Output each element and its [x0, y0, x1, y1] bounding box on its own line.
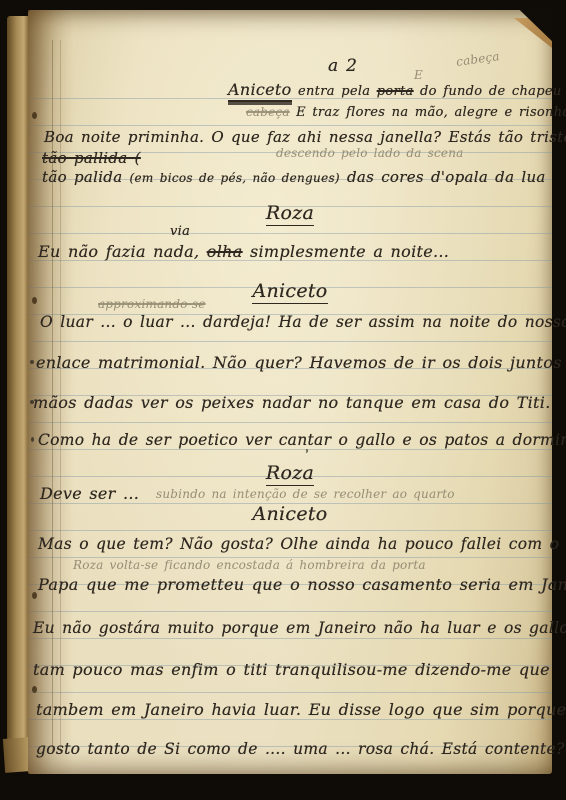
speech-line: gosto tanto de Si como de .... uma ... r…	[36, 740, 565, 758]
character-heading: Roza	[266, 202, 314, 226]
speech-line: Eu não fazia nada, olha simplesmente a n…	[38, 242, 449, 261]
speech-line: tambem em Janeiro havia luar. Eu disse l…	[36, 700, 566, 719]
speech-text: das cores d'opala da lua	[347, 168, 546, 186]
manuscript-page: a 2 Aniceto entra pela porta do fundo de…	[28, 10, 552, 774]
pencil-stage-note: subindo na intenção de se recolher ao qu…	[156, 487, 455, 501]
speech-line: Boa noite priminha. O que faz ahi nessa …	[44, 128, 566, 146]
speech-text: tão palida	[42, 168, 122, 186]
parenthetical-note: (em bicos de pés, não dengues)	[130, 171, 340, 185]
character-name-aniceto: Aniceto	[228, 80, 292, 100]
speech-line: tam pouco mas enfim o titi tranquilisou-…	[33, 660, 550, 679]
speech-line: Mas o que tem? Não gosta? Olhe ainda ha …	[38, 535, 566, 553]
margin-ink-mark	[30, 400, 34, 404]
pencil-insert-e: E	[414, 68, 423, 82]
inserted-word-via: via	[170, 224, 190, 239]
speech-line: Eu não gostára muito porque em Janeiro n…	[33, 619, 566, 637]
photograph-of-manuscript: a 2 Aniceto entra pela porta do fundo de…	[0, 0, 566, 800]
margin-ink-mark	[30, 360, 34, 364]
pencil-note-cabeca: cabeça	[455, 49, 500, 69]
ink-tick-mark: ʼ	[304, 448, 313, 464]
heading-aniceto-2: Aniceto	[28, 503, 552, 525]
pencil-word-cabeca: cabeça	[246, 105, 290, 119]
heading-roza-2: Roza	[28, 462, 552, 484]
pencil-stage-note: descendo pelo lado da scena	[276, 146, 464, 160]
stage-direction-text: entra pela	[298, 84, 370, 99]
handwritten-content: a 2 Aniceto entra pela porta do fundo de…	[28, 10, 552, 774]
speech-line: mãos dadas ver os peixes nadar no tanque…	[33, 393, 551, 412]
character-heading: Aniceto	[252, 280, 327, 304]
stage-direction-line1: Aniceto entra pela porta do fundo de cha…	[228, 80, 566, 99]
speech-text: Eu não fazia nada,	[38, 242, 199, 261]
pencil-stage-direction: Roza volta-se ficando encostada á hombre…	[73, 558, 426, 572]
stage-direction-text: E traz flores na mão, alegre e risonho.	[296, 105, 566, 120]
character-heading: Roza	[266, 462, 314, 486]
adjacent-page-edge	[7, 16, 28, 762]
speech-line: Como ha de ser poetico ver cantar o gall…	[38, 431, 566, 449]
speech-line: O luar ... o luar ... dardeja! Ha de ser…	[40, 313, 566, 331]
struck-word: porta	[377, 84, 414, 99]
struck-text: olha	[207, 242, 243, 261]
speech-line: enlace matrimonial. Não quer? Havemos de…	[36, 353, 566, 372]
adjacent-page-corner	[3, 737, 31, 773]
stage-direction-text: do fundo de chapeu na	[420, 84, 566, 99]
speech-line: Papa que me prometteu que o nosso casame…	[38, 575, 566, 594]
pencil-approximando-se: approximando-se	[98, 297, 206, 311]
page-marker: a 2	[328, 56, 357, 76]
stage-direction-line2: cabeça E traz flores na mão, alegre e ri…	[246, 105, 566, 120]
speech-line: Deve ser ...	[40, 484, 139, 503]
struck-text: tão pallida (	[42, 149, 141, 167]
heading-roza: Roza	[28, 202, 552, 224]
speech-text: simplesmente a noite...	[250, 242, 449, 261]
struck-line: tão pallida (	[42, 149, 141, 167]
margin-ink-mark	[31, 437, 34, 442]
speech-line: tão palida (em bicos de pés, não dengues…	[42, 168, 546, 186]
